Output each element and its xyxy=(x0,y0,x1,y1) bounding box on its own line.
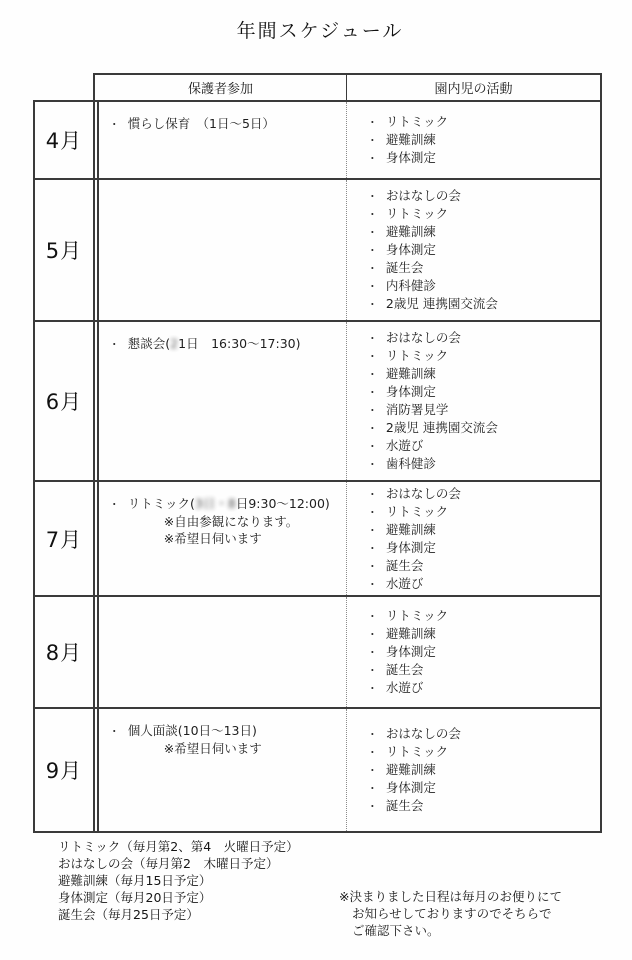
bullet-icon: ・ xyxy=(367,780,386,797)
bullet-icon: ・ xyxy=(367,402,386,419)
activity-text: 内科健診 xyxy=(386,277,436,294)
confirmation-notice: ※決まりました日程は毎月のお便りにてお知らせしておりますのでそちらでご確認下さい… xyxy=(339,888,562,939)
activity-item: ・誕生会 xyxy=(367,557,600,575)
activity-text: おはなしの会 xyxy=(386,485,461,502)
activity-item: ・リトミック xyxy=(367,205,600,223)
activity-item: ・リトミック xyxy=(367,743,600,761)
month-label-july: 7月 xyxy=(35,482,93,595)
event-text-post: 1日 16:30～17:30) xyxy=(178,336,300,351)
schedule-note-line: おはなしの会（毎月第2 木曜日予定） xyxy=(58,855,299,872)
bullet-icon: ・ xyxy=(367,242,386,259)
activity-text: 消防署見学 xyxy=(386,401,449,418)
activity-item: ・リトミック xyxy=(367,347,600,365)
table-row-may: 5月 ・おはなしの会・リトミック・避難訓練・身体測定・誕生会・内科健診・2歳児 … xyxy=(35,180,600,322)
parent-event: ・ 懇談会(21日 16:30～17:30) xyxy=(109,335,342,353)
bullet-icon: ・ xyxy=(367,150,386,167)
notice-line: ※決まりました日程は毎月のお便りにて xyxy=(339,888,562,905)
bullet-icon: ・ xyxy=(367,644,386,661)
parent-event: ・ 慣らし保育 （1日～5日） xyxy=(109,115,342,133)
activity-text: 避難訓練 xyxy=(386,761,436,778)
header-parent-participation: 保護者参加 xyxy=(93,73,347,100)
bullet-icon: ・ xyxy=(367,438,386,455)
bullet-icon: ・ xyxy=(367,744,386,761)
activity-item: ・内科健診 xyxy=(367,277,600,295)
activity-item: ・誕生会 xyxy=(367,797,600,815)
activity-item: ・避難訓練 xyxy=(367,521,600,539)
activity-item: ・水遊び xyxy=(367,679,600,697)
activity-text: 誕生会 xyxy=(386,797,424,814)
table-header-row: 保護者参加 園内児の活動 xyxy=(33,73,602,100)
event-text-post: 日9:30～12:00) xyxy=(236,496,330,511)
parent-event: ・ リトミック(3日・8日9:30～12:00) xyxy=(109,495,342,513)
activity-text: 身体測定 xyxy=(386,383,436,400)
activities-cell-june: ・おはなしの会・リトミック・避難訓練・身体測定・消防署見学・2歳児 連携園交流会… xyxy=(346,322,600,480)
table-row-april: 4月 ・ 慣らし保育 （1日～5日） ・リトミック・避難訓練・身体測定 xyxy=(35,102,600,180)
activity-item: ・おはなしの会 xyxy=(367,329,600,347)
bullet-icon: ・ xyxy=(367,188,386,205)
bullet-icon: ・ xyxy=(367,626,386,643)
bullet-icon: ・ xyxy=(109,496,128,513)
activity-item: ・避難訓練 xyxy=(367,365,600,383)
bullet-icon: ・ xyxy=(367,366,386,383)
bullet-icon: ・ xyxy=(367,726,386,743)
parent-cell-august xyxy=(93,597,346,707)
activity-text: 2歳児 連携園交流会 xyxy=(386,295,498,312)
bullet-icon: ・ xyxy=(367,504,386,521)
activity-text: リトミック xyxy=(386,607,448,624)
bullet-icon: ・ xyxy=(367,132,386,149)
parent-note-line: ※希望日伺います xyxy=(109,740,342,757)
activity-item: ・リトミック xyxy=(367,503,600,521)
parent-note-line: ※自由参観になります。 xyxy=(109,513,342,530)
bullet-icon: ・ xyxy=(367,522,386,539)
bullet-icon: ・ xyxy=(367,456,386,473)
activity-text: 身体測定 xyxy=(386,241,436,258)
activity-text: 避難訓練 xyxy=(386,625,436,642)
month-label-may: 5月 xyxy=(35,180,93,320)
activities-list: ・おはなしの会・リトミック・避難訓練・身体測定・誕生会・内科健診・2歳児 連携園… xyxy=(367,187,600,313)
schedule-note-line: 誕生会（毎月25日予定） xyxy=(58,906,299,923)
month-label-september: 9月 xyxy=(35,709,93,831)
activities-cell-september: ・おはなしの会・リトミック・避難訓練・身体測定・誕生会 xyxy=(346,709,600,831)
activity-text: おはなしの会 xyxy=(386,725,461,742)
header-month-spacer xyxy=(33,73,93,100)
activity-item: ・水遊び xyxy=(367,437,600,455)
bullet-icon: ・ xyxy=(109,116,128,133)
parent-event-text: 懇談会(21日 16:30～17:30) xyxy=(128,335,301,352)
activities-list: ・おはなしの会・リトミック・避難訓練・身体測定・消防署見学・2歳児 連携園交流会… xyxy=(367,329,600,473)
redacted-date: 2 xyxy=(170,336,178,351)
activity-text: 身体測定 xyxy=(386,643,436,660)
month-label-august: 8月 xyxy=(35,597,93,707)
redacted-date: 3日・8 xyxy=(195,496,236,511)
activity-text: 身体測定 xyxy=(386,149,436,166)
activity-item: ・避難訓練 xyxy=(367,131,600,149)
activity-text: おはなしの会 xyxy=(386,187,461,204)
activities-list: ・リトミック・避難訓練・身体測定 xyxy=(367,113,600,167)
bullet-icon: ・ xyxy=(367,296,386,313)
event-text-pre: リトミック( xyxy=(128,496,195,511)
activity-item: ・誕生会 xyxy=(367,661,600,679)
parent-cell-may xyxy=(93,180,346,320)
activity-text: リトミック xyxy=(386,113,448,130)
activities-cell-august: ・リトミック・避難訓練・身体測定・誕生会・水遊び xyxy=(346,597,600,707)
activity-item: ・おはなしの会 xyxy=(367,187,600,205)
month-label-april: 4月 xyxy=(35,102,93,178)
activity-item: ・身体測定 xyxy=(367,779,600,797)
activity-text: 避難訓練 xyxy=(386,131,436,148)
bullet-icon: ・ xyxy=(109,723,128,740)
page-title: 年間スケジュール xyxy=(0,16,632,43)
activity-text: 水遊び xyxy=(386,437,424,454)
table-row-august: 8月 ・リトミック・避難訓練・身体測定・誕生会・水遊び xyxy=(35,597,600,709)
bullet-icon: ・ xyxy=(367,576,386,593)
activity-item: ・おはなしの会 xyxy=(367,725,600,743)
bullet-icon: ・ xyxy=(367,348,386,365)
header-children-activities: 園内児の活動 xyxy=(347,73,602,100)
activities-list: ・おはなしの会・リトミック・避難訓練・身体測定・誕生会 xyxy=(367,725,600,815)
month-label-june: 6月 xyxy=(35,322,93,480)
document-page: 年間スケジュール 保護者参加 園内児の活動 4月 ・ 慣らし保育 （1日～5日）… xyxy=(0,0,632,960)
activities-cell-may: ・おはなしの会・リトミック・避難訓練・身体測定・誕生会・内科健診・2歳児 連携園… xyxy=(346,180,600,320)
event-text-pre: 個人面談(10日～13日) xyxy=(128,723,257,738)
activity-item: ・避難訓練 xyxy=(367,761,600,779)
parent-cell-april: ・ 慣らし保育 （1日～5日） xyxy=(93,102,346,178)
notice-line: お知らせしておりますのでそちらで xyxy=(339,905,562,922)
parent-cell-july: ・ リトミック(3日・8日9:30～12:00) ※自由参観になります。※希望日… xyxy=(93,482,346,595)
activities-list: ・おはなしの会・リトミック・避難訓練・身体測定・誕生会・水遊び xyxy=(367,485,600,593)
bullet-icon: ・ xyxy=(367,278,386,295)
bullet-icon: ・ xyxy=(367,662,386,679)
bullet-icon: ・ xyxy=(109,336,128,353)
activity-item: ・2歳児 連携園交流会 xyxy=(367,295,600,313)
monthly-schedule-notes: リトミック（毎月第2、第4 火曜日予定）おはなしの会（毎月第2 木曜日予定）避難… xyxy=(58,838,299,923)
bullet-icon: ・ xyxy=(367,762,386,779)
activities-cell-july: ・おはなしの会・リトミック・避難訓練・身体測定・誕生会・水遊び xyxy=(346,482,600,595)
bullet-icon: ・ xyxy=(367,680,386,697)
activity-item: ・誕生会 xyxy=(367,259,600,277)
activity-text: リトミック xyxy=(386,503,448,520)
activity-item: ・身体測定 xyxy=(367,643,600,661)
annual-schedule-table: 保護者参加 園内児の活動 4月 ・ 慣らし保育 （1日～5日） ・リトミック・避… xyxy=(33,73,602,833)
schedule-notes-list: リトミック（毎月第2、第4 火曜日予定）おはなしの会（毎月第2 木曜日予定）避難… xyxy=(58,838,299,923)
parent-notes: ※希望日伺います xyxy=(109,740,342,757)
activity-text: 2歳児 連携園交流会 xyxy=(386,419,498,436)
activity-text: 誕生会 xyxy=(386,661,424,678)
notice-line: ご確認下さい。 xyxy=(339,922,562,939)
parent-cell-september: ・ 個人面談(10日～13日) ※希望日伺います xyxy=(93,709,346,831)
parent-event-text: リトミック(3日・8日9:30～12:00) xyxy=(128,495,330,512)
activity-text: 身体測定 xyxy=(386,539,436,556)
bullet-icon: ・ xyxy=(367,486,386,503)
activity-item: ・身体測定 xyxy=(367,383,600,401)
activity-item: ・身体測定 xyxy=(367,241,600,259)
notice-lines-list: ※決まりました日程は毎月のお便りにてお知らせしておりますのでそちらでご確認下さい… xyxy=(339,888,562,939)
bullet-icon: ・ xyxy=(367,608,386,625)
activity-item: ・リトミック xyxy=(367,607,600,625)
activity-text: 身体測定 xyxy=(386,779,436,796)
activity-text: 水遊び xyxy=(386,575,424,592)
bullet-icon: ・ xyxy=(367,540,386,557)
activity-item: ・避難訓練 xyxy=(367,625,600,643)
table-row-september: 9月 ・ 個人面談(10日～13日) ※希望日伺います ・おはなしの会・リトミッ… xyxy=(35,709,600,831)
activity-item: ・リトミック xyxy=(367,113,600,131)
activity-text: 避難訓練 xyxy=(386,521,436,538)
table-body: 4月 ・ 慣らし保育 （1日～5日） ・リトミック・避難訓練・身体測定 5月 ・… xyxy=(33,100,602,833)
activity-text: 誕生会 xyxy=(386,259,424,276)
schedule-note-line: 避難訓練（毎月15日予定） xyxy=(58,872,299,889)
bullet-icon: ・ xyxy=(367,798,386,815)
activity-text: 避難訓練 xyxy=(386,365,436,382)
activities-list: ・リトミック・避難訓練・身体測定・誕生会・水遊び xyxy=(367,607,600,697)
activity-text: リトミック xyxy=(386,347,448,364)
event-text-pre: 懇談会( xyxy=(128,336,170,351)
activity-item: ・消防署見学 xyxy=(367,401,600,419)
event-text-pre: 慣らし保育 （1日～5日） xyxy=(128,116,275,131)
bullet-icon: ・ xyxy=(367,420,386,437)
activity-item: ・おはなしの会 xyxy=(367,485,600,503)
activity-item: ・水遊び xyxy=(367,575,600,593)
table-row-june: 6月 ・ 懇談会(21日 16:30～17:30) ・おはなしの会・リトミック・… xyxy=(35,322,600,482)
bullet-icon: ・ xyxy=(367,558,386,575)
parent-cell-june: ・ 懇談会(21日 16:30～17:30) xyxy=(93,322,346,480)
bullet-icon: ・ xyxy=(367,384,386,401)
parent-event: ・ 個人面談(10日～13日) xyxy=(109,722,342,740)
parent-notes: ※自由参観になります。※希望日伺います xyxy=(109,513,342,547)
activity-text: リトミック xyxy=(386,743,448,760)
schedule-note-line: リトミック（毎月第2、第4 火曜日予定） xyxy=(58,838,299,855)
activities-cell-april: ・リトミック・避難訓練・身体測定 xyxy=(346,102,600,178)
parent-note-line: ※希望日伺います xyxy=(109,530,342,547)
bullet-icon: ・ xyxy=(367,114,386,131)
bullet-icon: ・ xyxy=(367,330,386,347)
bullet-icon: ・ xyxy=(367,206,386,223)
activity-text: 水遊び xyxy=(386,679,424,696)
parent-event-text: 個人面談(10日～13日) xyxy=(128,722,257,739)
schedule-note-line: 身体測定（毎月20日予定） xyxy=(58,889,299,906)
activity-item: ・避難訓練 xyxy=(367,223,600,241)
activity-item: ・身体測定 xyxy=(367,149,600,167)
table-row-july: 7月 ・ リトミック(3日・8日9:30～12:00) ※自由参観になります。※… xyxy=(35,482,600,597)
activity-text: おはなしの会 xyxy=(386,329,461,346)
activity-text: 歯科健診 xyxy=(386,455,436,472)
activity-text: 誕生会 xyxy=(386,557,424,574)
activity-item: ・身体測定 xyxy=(367,539,600,557)
activity-item: ・2歳児 連携園交流会 xyxy=(367,419,600,437)
bullet-icon: ・ xyxy=(367,260,386,277)
parent-event-text: 慣らし保育 （1日～5日） xyxy=(128,115,275,132)
activity-item: ・歯科健診 xyxy=(367,455,600,473)
activity-text: 避難訓練 xyxy=(386,223,436,240)
bullet-icon: ・ xyxy=(367,224,386,241)
activity-text: リトミック xyxy=(386,205,448,222)
